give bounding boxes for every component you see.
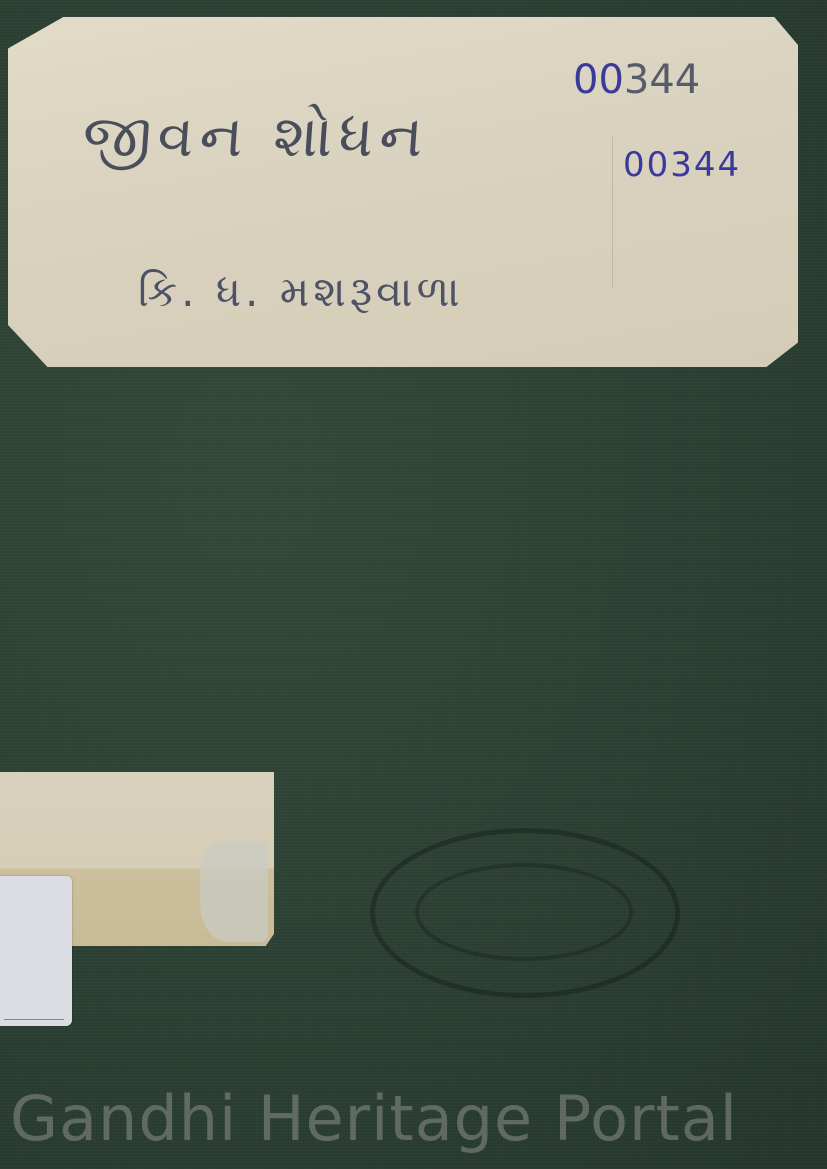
- library-sticker: [0, 876, 72, 1026]
- label-rule-line: [612, 137, 613, 287]
- book-author: કિ. ધ. મશરૂવાળા: [138, 267, 464, 317]
- catalog-number-top: 00344: [573, 57, 700, 103]
- library-stamp-inner-oval: [415, 863, 633, 961]
- worn-patch: [200, 842, 268, 942]
- title-label: જીવન શોધન કિ. ધ. મશરૂવાળા 00344 00344: [8, 17, 798, 367]
- catalog-number-digits: 344: [624, 57, 700, 103]
- book-title: જીવન શોધન: [81, 102, 432, 171]
- library-stamp-oval: [370, 828, 680, 998]
- catalog-number-right: 00344: [623, 145, 741, 185]
- sticker-barcode-line: [4, 1019, 64, 1020]
- watermark: Gandhi Heritage Portal: [10, 1082, 738, 1155]
- catalog-number-prefix: 00: [573, 57, 624, 103]
